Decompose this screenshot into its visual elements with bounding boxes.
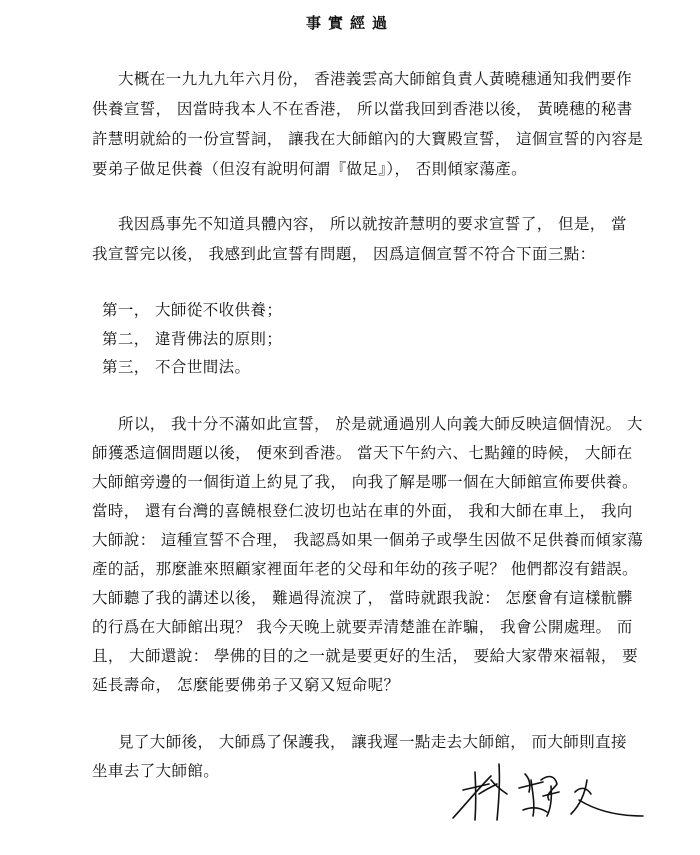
paragraph-1-line-2: 供養宣誓， 因當時我本人不在香港， 所以當我回到香港以後， 黃曉穗的秘書 <box>92 99 633 119</box>
list-item-3: 第三， 不合世間法。 <box>102 357 250 377</box>
paragraph-1-line-3: 許慧明就給的一份宣誓詞， 讓我在大師館內的大寶殿宣誓， 這個宣誓的內容是 <box>92 129 643 149</box>
paragraph-4-line-10: 延長壽命， 怎麼能要佛弟子又窮又短命呢？ <box>92 675 399 695</box>
paragraph-5-line-2: 坐車去了大師館。 <box>92 761 219 781</box>
paragraph-4-line-3: 大師館旁邊的一個街道上約見了我， 向我了解是哪一個在大師館宣佈要供養。 <box>92 472 638 492</box>
list-item-2: 第二， 違背佛法的原則； <box>102 329 282 349</box>
paragraph-4-line-9: 且， 大師還說： 學佛的目的之一就是要更好的生活， 要給大家帶來福報， 要 <box>92 646 638 666</box>
paragraph-4-line-4: 當時， 還有台灣的喜饒根登仁波切也站在車的外面， 我和大師在車上， 我向 <box>92 501 633 521</box>
paragraph-2-line-2: 我宣誓完以後， 我感到此宣誓有問題， 因爲這個宣誓不符合下面三點： <box>92 244 596 264</box>
paragraph-1-line-4: 要弟子做足供養（但沒有說明何謂『做足』）， 否則傾家蕩產。 <box>92 159 527 179</box>
paragraph-4-line-5: 大師說： 這種宣誓不合理， 我認爲如果一個弟子或學生因做不足供養而傾家蕩 <box>92 530 643 550</box>
paragraph-4-line-1: 所以， 我十分不滿如此宣誓， 於是就通過別人向義大師反映這個情況。 大 <box>118 414 643 434</box>
paragraph-2-line-1: 我因爲事先不知道具體內容， 所以就按許慧明的要求宣誓了， 但是， 當 <box>118 214 627 234</box>
paragraph-4-line-6: 產的話，那麼誰來照顧家裡面年老的父母和年幼的孩子呢？ 他們都沒有錯誤。 <box>92 559 638 579</box>
handwritten-signature: 林輝文 <box>445 750 645 830</box>
list-item-1: 第一， 大師從不收供養； <box>102 300 282 320</box>
paragraph-4-line-7: 大師聽了我的講述以後， 難過得流淚了， 當時就跟我說： 怎麼會有這樣骯髒 <box>92 588 633 608</box>
paragraph-4-line-8: 的行爲在大師館出現？ 我今天晚上就要弄清楚誰在詐騙， 我會公開處理。 而 <box>92 617 633 637</box>
document-title: 事實經過 <box>0 12 700 33</box>
paragraph-1-line-1: 大概在一九九九年六月份， 香港義雲高大師館負責人黃曉穗通知我們要作 <box>118 69 632 89</box>
paragraph-4-line-2: 師獲悉這個問題以後， 便來到香港。 當天下午約六、七點鐘的時候， 大師在 <box>92 443 633 463</box>
paragraph-5-line-1: 見了大師後， 大師爲了保護我， 讓我遲一點走去大師館， 而大師則直接 <box>118 732 627 752</box>
